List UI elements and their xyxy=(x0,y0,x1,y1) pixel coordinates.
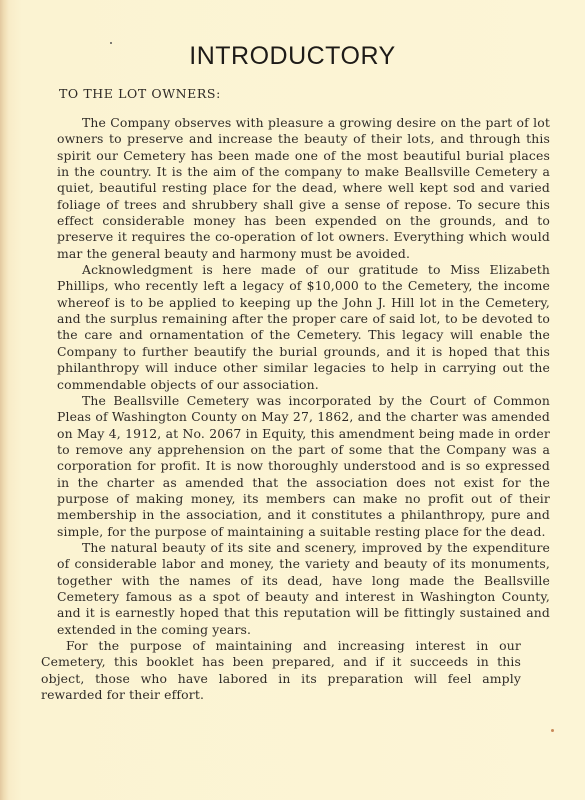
paragraph: Acknowledgment is here made of our grati… xyxy=(57,262,550,393)
scanned-page: INTRODUCTORY TO THE LOT OWNERS: The Comp… xyxy=(0,0,585,800)
paragraph: The Beallsville Cemetery was incorporate… xyxy=(57,393,550,540)
paragraph: The natural beauty of its site and scene… xyxy=(57,540,550,638)
paragraph: The Company observes with pleasure a gro… xyxy=(57,115,550,262)
paper-speck xyxy=(110,42,112,44)
paragraph: For the purpose of maintaining and incre… xyxy=(41,638,521,703)
body-text: The Company observes with pleasure a gro… xyxy=(57,115,550,703)
page-title: INTRODUCTORY xyxy=(0,42,585,71)
salutation: TO THE LOT OWNERS: xyxy=(59,86,221,101)
paper-speck xyxy=(551,729,554,732)
